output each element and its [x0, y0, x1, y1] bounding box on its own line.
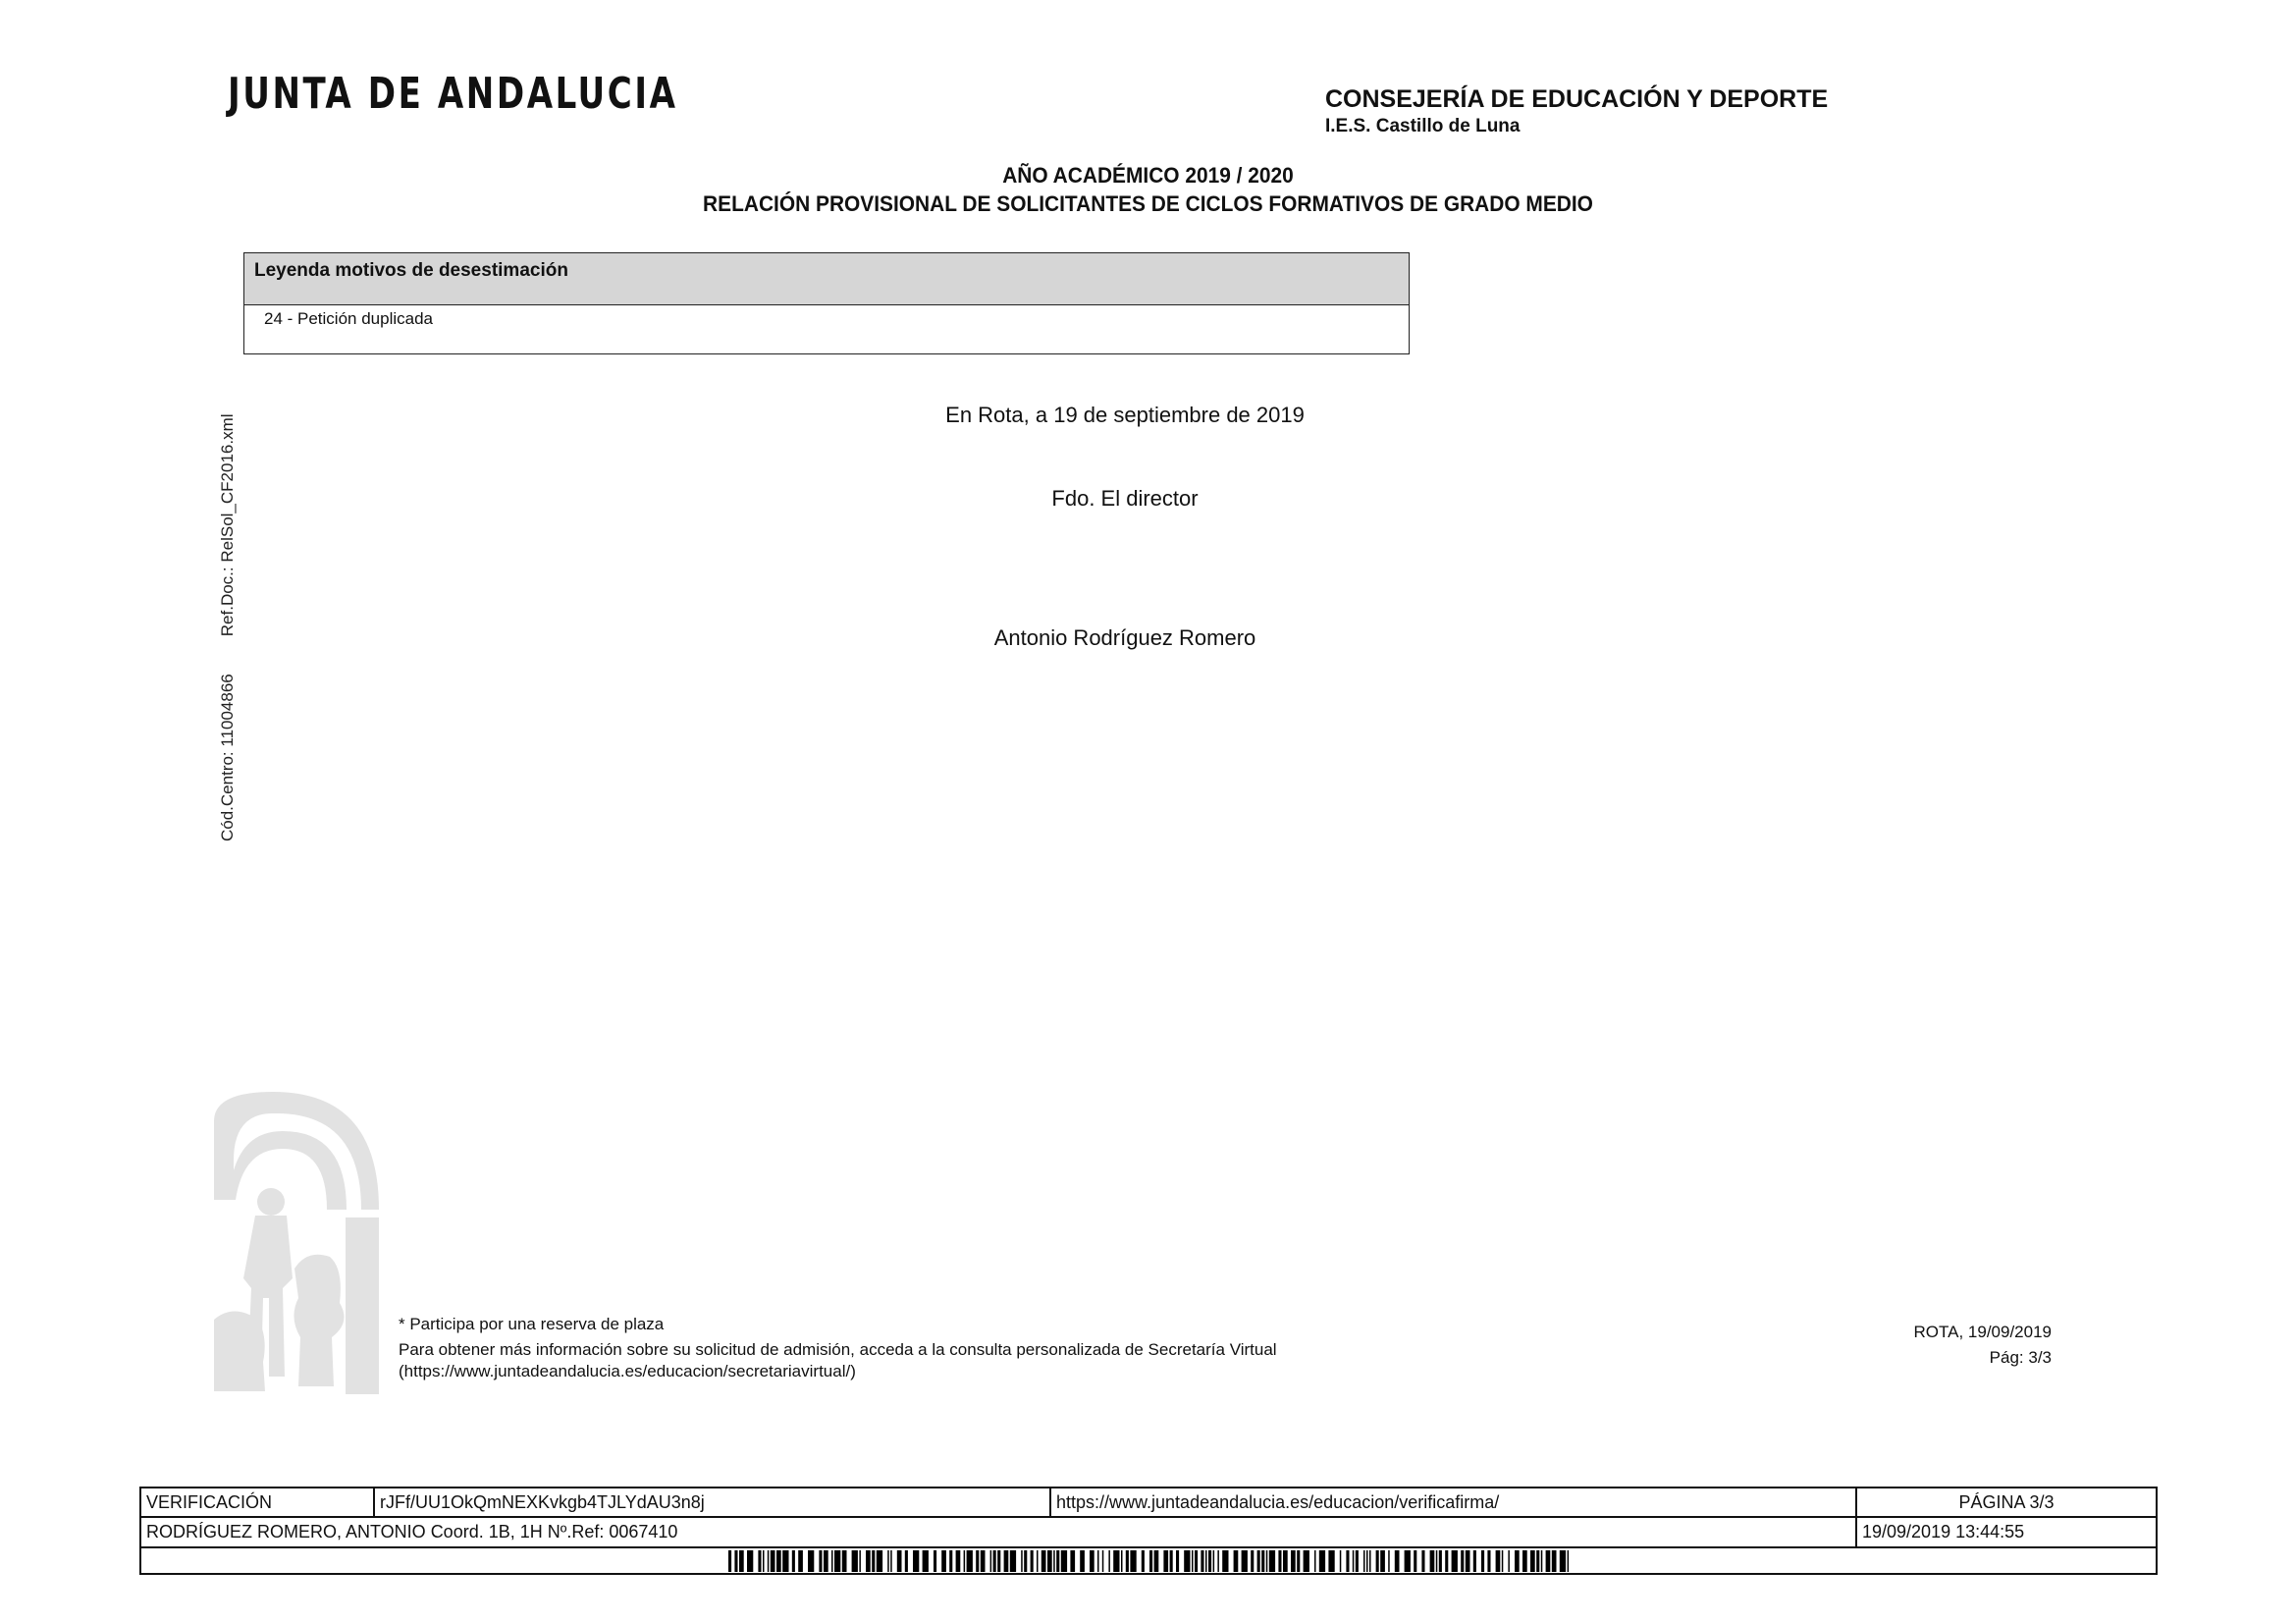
document-titles: AÑO ACADÉMICO 2019 / 2020 RELACIÓN PROVI…: [0, 161, 2296, 218]
side-reference: Cód.Centro: 11004866Ref.Doc.: RelSol_CF2…: [218, 413, 238, 841]
centro-code: Cód.Centro: 11004866: [218, 674, 237, 841]
department-name: CONSEJERÍA DE EDUCACIÓN Y DEPORTE: [1325, 86, 1828, 114]
junta-andalucia-coat-of-arms-icon: [214, 1092, 381, 1396]
info-footnote-line1: Para obtener más información sobre su so…: [399, 1339, 1277, 1361]
page-footer: ROTA, 19/09/2019 Pág: 3/3: [1845, 1320, 2052, 1371]
signer-row: RODRÍGUEZ ROMERO, ANTONIO Coord. 1B, 1H …: [141, 1518, 2156, 1548]
footer-place-date: ROTA, 19/09/2019: [1845, 1320, 2052, 1345]
place-date: En Rota, a 19 de septiembre de 2019: [732, 403, 1518, 428]
verification-page: PÁGINA 3/3: [1855, 1488, 2156, 1516]
junta-andalucia-logo: JUNTA DE ANDALUCIA: [228, 73, 678, 116]
legend-item: 24 - Petición duplicada: [244, 305, 1409, 333]
school-name: I.E.S. Castillo de Luna: [1325, 116, 1520, 137]
verification-url[interactable]: https://www.juntadeandalucia.es/educacio…: [1049, 1488, 1855, 1516]
verification-row: VERIFICACIÓN rJFf/UU1OkQmNEXKvkgb4TJLYdA…: [141, 1488, 2156, 1518]
verification-table: VERIFICACIÓN rJFf/UU1OkQmNEXKvkgb4TJLYdA…: [139, 1487, 2158, 1575]
signed-by: Fdo. El director: [732, 486, 1518, 512]
footer-page-number: Pág: 3/3: [1845, 1345, 2052, 1371]
reserve-footnote: * Participa por una reserva de plaza: [399, 1314, 664, 1335]
info-footnote-url[interactable]: (https://www.juntadeandalucia.es/educaci…: [399, 1361, 856, 1382]
verification-code: rJFf/UU1OkQmNEXKvkgb4TJLYdAU3n8j: [373, 1488, 1049, 1516]
verification-label: VERIFICACIÓN: [141, 1488, 373, 1516]
legend-header: Leyenda motivos de desestimación: [244, 253, 1409, 305]
academic-year-title: AÑO ACADÉMICO 2019 / 2020: [57, 161, 2238, 189]
legend-table: Leyenda motivos de desestimación 24 - Pe…: [243, 252, 1410, 354]
document-ref: Ref.Doc.: RelSol_CF2016.xml: [218, 413, 237, 636]
document-title: RELACIÓN PROVISIONAL DE SOLICITANTES DE …: [57, 189, 2238, 218]
barcode-row: [141, 1548, 2156, 1575]
verification-timestamp: 19/09/2019 13:44:55: [1855, 1518, 2156, 1546]
signer-name: Antonio Rodríguez Romero: [732, 625, 1518, 651]
verification-signer: RODRÍGUEZ ROMERO, ANTONIO Coord. 1B, 1H …: [141, 1518, 1855, 1546]
barcode-icon: [728, 1550, 1573, 1572]
